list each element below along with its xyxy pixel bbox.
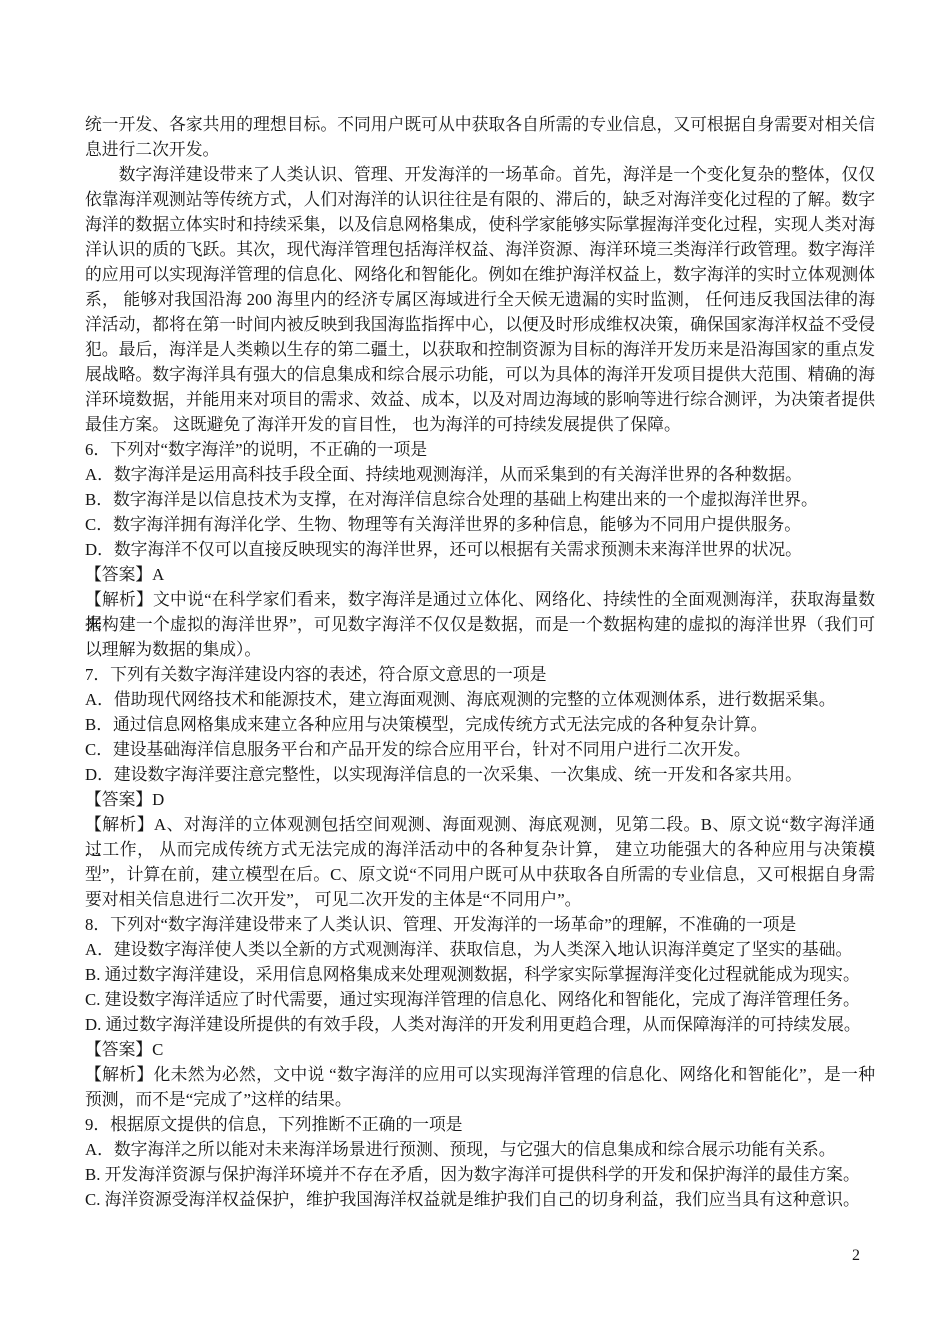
text-line: A．数字海洋是运用高科技手段全面、持续地观测海洋，从而采集到的有关海洋世界的各种… xyxy=(85,462,875,487)
text-line: 依靠海洋观测站等传统方式，人们对海洋的认识往往是有限的、滞后的，缺乏对海洋变化过… xyxy=(85,187,875,212)
text-line: D．建设数字海洋要注意完整性，以实现海洋信息的一次采集、一次集成、统一开发和各家… xyxy=(85,762,875,787)
text-line: 以理解为数据的集成）。 xyxy=(85,637,875,662)
text-line: 9．根据原文提供的信息，下列推断不正确的一项是 xyxy=(85,1112,875,1137)
text-line: 【解析】A、对海洋的立体观测包括空间观测、海面观测、海底观测，见第二段。B、原文… xyxy=(85,812,875,837)
text-line: 来构建一个虚拟的海洋世界”，可见数字海洋不仅仅是数据，而是一个数据构建的虚拟的海… xyxy=(85,612,875,637)
text-line: 7．下列有关数字海洋建设内容的表述，符合原文意思的一项是 xyxy=(85,662,875,687)
text-line: 洋认识的质的飞跃。其次，现代海洋管理包括海洋权益、海洋资源、海洋环境三类海洋行政… xyxy=(85,237,875,262)
page-number: 2 xyxy=(852,1246,860,1266)
text-line: 【答案】C xyxy=(85,1037,875,1062)
text-line: B. 通过数字海洋建设，采用信息网格集成来处理观测数据，科学家实际掌握海洋变化过… xyxy=(85,962,875,987)
text-line: …工作， 从而完成传统方式无法完成的海洋活动中的各种复杂计算， 建立功能强大的各… xyxy=(85,837,875,862)
text-line: 息进行二次开发。 xyxy=(85,137,875,162)
text-line: 【答案】A xyxy=(85,562,875,587)
text-line: D．数字海洋不仅可以直接反映现实的海洋世界，还可以根据有关需求预测未来海洋世界的… xyxy=(85,537,875,562)
text-line: 系， 能够对我国沿海 200 海里内的经济专属区海域进行全天候无遗漏的实时监测，… xyxy=(85,287,875,312)
text-line: C．数字海洋拥有海洋化学、生物、物理等有关海洋世界的多种信息，能够为不同用户提供… xyxy=(85,512,875,537)
text-line: 洋环境数据，并能用来对项目的需求、效益、成本，以及对周边海域的影响等进行综合测评… xyxy=(85,387,875,412)
text-line: 【解析】文中说“在科学家们看来，数字海洋是通过立体化、网络化、持续性的全面观测海… xyxy=(85,587,875,612)
text-line: 【答案】D xyxy=(85,787,875,812)
document-page: 统一开发、各家共用的理想目标。不同用户既可从中获取各自所需的专业信息，又可根据自… xyxy=(0,0,950,1344)
text-line: D. 通过数字海洋建设所提供的有效手段，人类对海洋的开发利用更趋合理，从而保障海… xyxy=(85,1012,875,1037)
text-line: 6．下列对“数字海洋”的说明，不正确的一项是 xyxy=(85,437,875,462)
text-line: 统一开发、各家共用的理想目标。不同用户既可从中获取各自所需的专业信息，又可根据自… xyxy=(85,112,875,137)
text-line: 洋活动，都将在第一时间内被反映到我国海监指挥中心，以便及时形成维权决策，确保国家… xyxy=(85,312,875,337)
document-body: 统一开发、各家共用的理想目标。不同用户既可从中获取各自所需的专业信息，又可根据自… xyxy=(85,112,875,1212)
text-line: 数字海洋建设带来了人类认识、管理、开发海洋的一场革命。首先，海洋是一个变化复杂的… xyxy=(85,162,875,187)
text-line: 海洋的数据立体实时和持续采集，以及信息网格集成，使科学家能够实际掌握海洋变化过程… xyxy=(85,212,875,237)
text-line: 展战略。数字海洋具有强大的信息集成和综合展示功能，可以为具体的海洋开发项目提供大… xyxy=(85,362,875,387)
text-line: C．建设基础海洋信息服务平台和产品开发的综合应用平台，针对不同用户进行二次开发。 xyxy=(85,737,875,762)
text-line: 8．下列对“数字海洋建设带来了人类认识、管理、开发海洋的一场革命”的理解，不准确… xyxy=(85,912,875,937)
text-line: A．数字海洋之所以能对未来海洋场景进行预测、预现，与它强大的信息集成和综合展示功… xyxy=(85,1137,875,1162)
text-line: A．建设数字海洋使人类以全新的方式观测海洋、获取信息，为人类深入地认识海洋奠定了… xyxy=(85,937,875,962)
text-line: B. 开发海洋资源与保护海洋环境并不存在矛盾，因为数字海洋可提供科学的开发和保护… xyxy=(85,1162,875,1187)
text-line: 预测，而不是“完成了”这样的结果。 xyxy=(85,1087,875,1112)
text-line: 【解析】化未然为必然，文中说 “数字海洋的应用可以实现海洋管理的信息化、网络化和… xyxy=(85,1062,875,1087)
text-line: B．通过信息网格集成来建立各种应用与决策模型，完成传统方式无法完成的各种复杂计算… xyxy=(85,712,875,737)
text-line: 要对相关信息进行二次开发”， 可见二次开发的主体是“不同用户”。 xyxy=(85,887,875,912)
text-line: 型”，计算在前，建立模型在后。C、原文说“不同用户既可从中获取各自所需的专业信息… xyxy=(85,862,875,887)
text-line: 的应用可以实现海洋管理的信息化、网络化和智能化。例如在维护海洋权益上，数字海洋的… xyxy=(85,262,875,287)
text-line: 犯。最后，海洋是人类赖以生存的第二疆土，以获取和控制资源为目标的海洋开发历来是沿… xyxy=(85,337,875,362)
text-line: A．借助现代网络技术和能源技术，建立海面观测、海底观测的完整的立体观测体系，进行… xyxy=(85,687,875,712)
text-line: 最佳方案。 这既避免了海洋开发的盲目性， 也为海洋的可持续发展提供了保障。 xyxy=(85,412,875,437)
text-line: C. 建设数字海洋适应了时代需要，通过实现海洋管理的信息化、网络化和智能化，完成… xyxy=(85,987,875,1012)
text-line: C. 海洋资源受海洋权益保护，维护我国海洋权益就是维护我们自己的切身利益，我们应… xyxy=(85,1187,875,1212)
text-line: B．数字海洋是以信息技术为支撑，在对海洋信息综合处理的基础上构建出来的一个虚拟海… xyxy=(85,487,875,512)
